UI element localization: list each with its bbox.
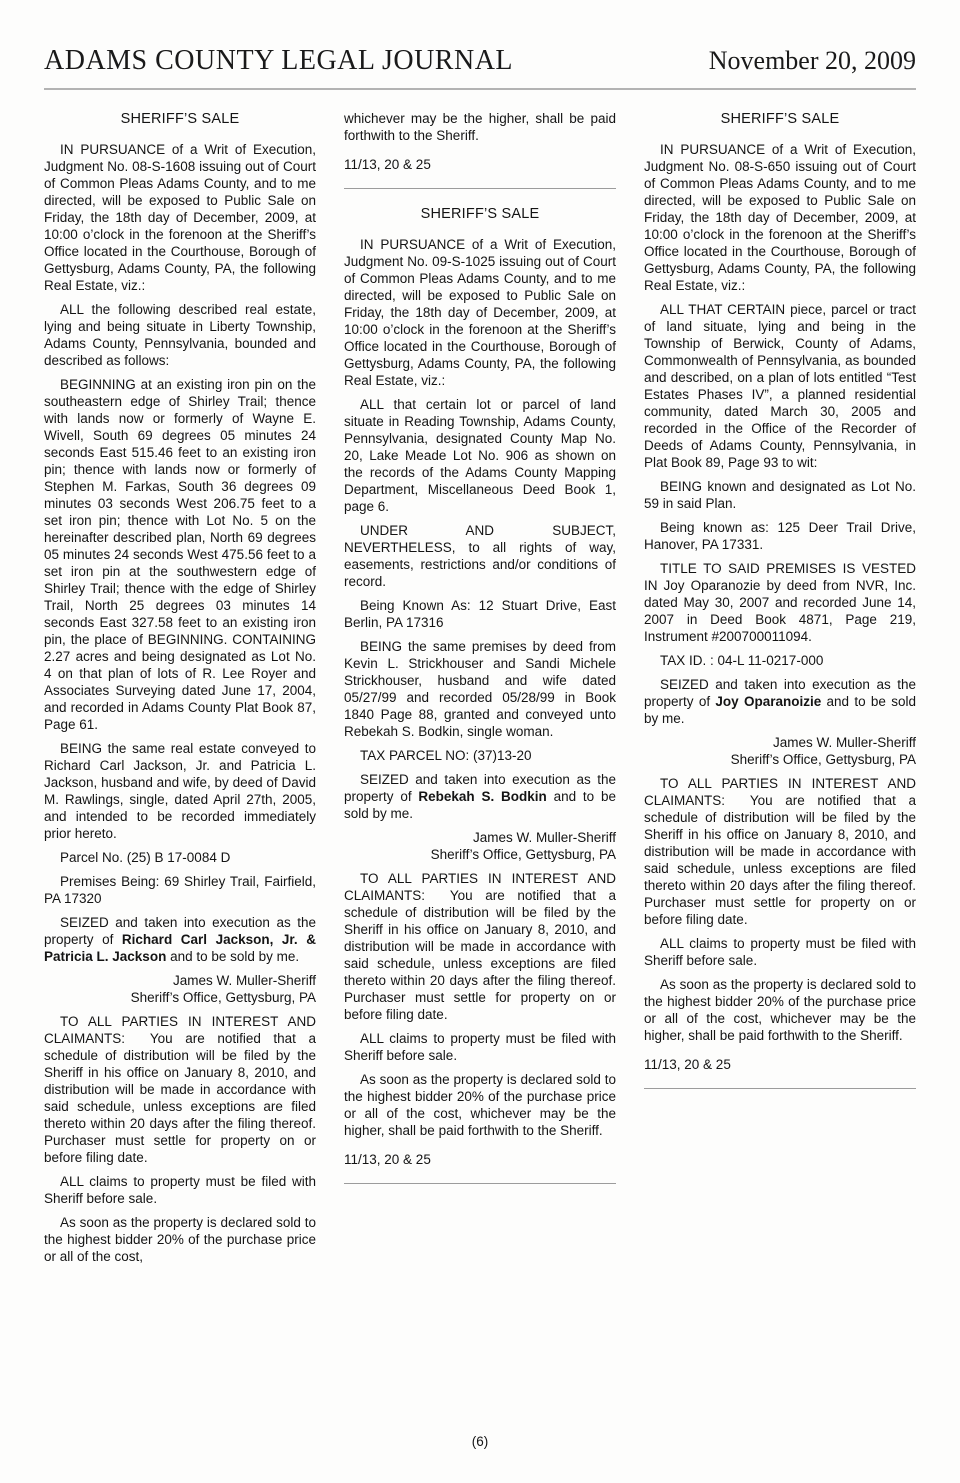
signature-block: James W. Muller-SheriffSheriff’s Office,…: [44, 972, 316, 1006]
paragraph-text: ALL claims to property must be filed wit…: [44, 1174, 316, 1206]
notice-paragraph: Premises Being: 69 Shirley Trail, Fairfi…: [44, 873, 316, 907]
paragraph-text: BEING the same premises by deed from Kev…: [344, 639, 616, 739]
notice-heading: SHERIFF’S SALE: [644, 111, 916, 128]
paragraph-text: TO ALL PARTIES IN INTEREST AND CLAIMANTS…: [344, 871, 616, 1022]
notice-paragraph: Being Known As: 12 Stuart Drive, East Be…: [344, 597, 616, 631]
paragraph-text: TAX ID. : 04-L 11-0217-000: [660, 653, 823, 668]
paragraph-text: ALL THAT CERTAIN piece, parcel or tract …: [644, 302, 916, 470]
notice-divider: [344, 188, 616, 189]
paragraph-text: UNDER AND SUBJECT, NEVERTHELESS, to all …: [344, 523, 616, 589]
paragraph-text: whichever may be the higher, shall be pa…: [344, 111, 616, 143]
defendant-name: Joy Oparanoizie: [715, 694, 821, 709]
notice-paragraph: ALL claims to property must be filed wit…: [344, 1030, 616, 1064]
notice-paragraph: ALL claims to property must be filed wit…: [44, 1173, 316, 1207]
signature-line: Sheriff’s Office, Gettysburg, PA: [44, 989, 316, 1006]
paragraph-text: ALL claims to property must be filed wit…: [344, 1031, 616, 1063]
paragraph-text: TO ALL PARTIES IN INTEREST AND CLAIMANTS…: [44, 1014, 316, 1165]
signature-line: Sheriff’s Office, Gettysburg, PA: [644, 751, 916, 768]
paragraph-text: TO ALL PARTIES IN INTEREST AND CLAIMANTS…: [644, 776, 916, 927]
paragraph-text: Being known as: 125 Deer Trail Drive, Ha…: [644, 520, 916, 552]
paragraph-text: Parcel No. (25) B 17-0084 D: [60, 850, 230, 865]
page-number: (6): [472, 1434, 489, 1449]
notice-paragraph: whichever may be the higher, shall be pa…: [344, 110, 616, 144]
signature-block: James W. Muller-SheriffSheriff’s Office,…: [644, 734, 916, 768]
page-footer: (6): [0, 1434, 960, 1449]
column-2: whichever may be the higher, shall be pa…: [344, 110, 616, 1410]
notice-paragraph: IN PURSUANCE of a Writ of Execution, Jud…: [44, 141, 316, 294]
notice-paragraph: TO ALL PARTIES IN INTEREST AND CLAIMANTS…: [344, 870, 616, 1023]
paragraph-text: IN PURSUANCE of a Writ of Execution, Jud…: [44, 142, 316, 293]
publication-dates: 11/13, 20 & 25: [344, 1151, 616, 1168]
notice-paragraph: BEGINNING at an existing iron pin on the…: [44, 376, 316, 733]
notice-paragraph: SEIZED and taken into execution as the p…: [344, 771, 616, 822]
paragraph-text: BEING the same real estate conveyed to R…: [44, 741, 316, 841]
column-3: SHERIFF’S SALEIN PURSUANCE of a Writ of …: [644, 110, 916, 1410]
paragraph-text: BEING known and designated as Lot No. 59…: [644, 479, 916, 511]
paragraph-text: TITLE TO SAID PREMISES IS VESTED IN Joy …: [644, 561, 916, 644]
notice-paragraph: SEIZED and taken into execution as the p…: [644, 676, 916, 727]
publication-dates: 11/13, 20 & 25: [644, 1056, 916, 1073]
notice-paragraph: TO ALL PARTIES IN INTEREST AND CLAIMANTS…: [44, 1013, 316, 1166]
notice-paragraph: Being known as: 125 Deer Trail Drive, Ha…: [644, 519, 916, 553]
notice-paragraph: ALL the following described real estate,…: [44, 301, 316, 369]
header-rule: [44, 88, 916, 90]
notice-paragraph: ALL THAT CERTAIN piece, parcel or tract …: [644, 301, 916, 471]
notice-paragraph: As soon as the property is declared sold…: [44, 1214, 316, 1265]
paragraph-text: TAX PARCEL NO: (37)13-20: [360, 748, 532, 763]
notice-heading: SHERIFF’S SALE: [44, 111, 316, 128]
paragraph-text: ALL that certain lot or parcel of land s…: [344, 397, 616, 514]
notice-paragraph: BEING known and designated as Lot No. 59…: [644, 478, 916, 512]
notice-divider: [344, 1183, 616, 1184]
publication-dates: 11/13, 20 & 25: [344, 156, 616, 173]
notice-paragraph: BEING the same premises by deed from Kev…: [344, 638, 616, 740]
paragraph-text: As soon as the property is declared sold…: [644, 977, 916, 1043]
issue-date: November 20, 2009: [709, 46, 916, 76]
paragraph-text: ALL the following described real estate,…: [44, 302, 316, 368]
paragraph-text: As soon as the property is declared sold…: [44, 1215, 316, 1264]
notice-paragraph: TITLE TO SAID PREMISES IS VESTED IN Joy …: [644, 560, 916, 645]
journal-title: ADAMS COUNTY LEGAL JOURNAL: [44, 45, 513, 77]
notice-paragraph: As soon as the property is declared sold…: [344, 1071, 616, 1139]
notice-paragraph: BEING the same real estate conveyed to R…: [44, 740, 316, 842]
notice-paragraph: TO ALL PARTIES IN INTEREST AND CLAIMANTS…: [644, 775, 916, 928]
notice-columns: SHERIFF’S SALEIN PURSUANCE of a Writ of …: [44, 110, 916, 1410]
signature-line: Sheriff’s Office, Gettysburg, PA: [344, 846, 616, 863]
signature-line: James W. Muller-Sheriff: [644, 734, 916, 751]
notice-paragraph: TAX PARCEL NO: (37)13-20: [344, 747, 616, 764]
paragraph-text: BEGINNING at an existing iron pin on the…: [44, 377, 316, 732]
masthead: ADAMS COUNTY LEGAL JOURNAL November 20, …: [44, 0, 916, 77]
journal-page: ADAMS COUNTY LEGAL JOURNAL November 20, …: [0, 0, 960, 1410]
notice-paragraph: ALL claims to property must be filed wit…: [644, 935, 916, 969]
defendant-name: Rebekah S. Bodkin: [418, 789, 546, 804]
paragraph-text: As soon as the property is declared sold…: [344, 1072, 616, 1138]
notice-paragraph: TAX ID. : 04-L 11-0217-000: [644, 652, 916, 669]
paragraph-text: Premises Being: 69 Shirley Trail, Fairfi…: [44, 874, 316, 906]
signature-block: James W. Muller-SheriffSheriff’s Office,…: [344, 829, 616, 863]
notice-paragraph: IN PURSUANCE of a Writ of Execution, Jud…: [344, 236, 616, 389]
paragraph-text: IN PURSUANCE of a Writ of Execution, Jud…: [644, 142, 916, 293]
paragraph-text: IN PURSUANCE of a Writ of Execution, Jud…: [344, 237, 616, 388]
paragraph-text: Being Known As: 12 Stuart Drive, East Be…: [344, 598, 616, 630]
notice-paragraph: IN PURSUANCE of a Writ of Execution, Jud…: [644, 141, 916, 294]
signature-line: James W. Muller-Sheriff: [44, 972, 316, 989]
notice-paragraph: SEIZED and taken into execution as the p…: [44, 914, 316, 965]
paragraph-text: ALL claims to property must be filed wit…: [644, 936, 916, 968]
signature-line: James W. Muller-Sheriff: [344, 829, 616, 846]
notice-divider: [644, 1088, 916, 1089]
notice-paragraph: Parcel No. (25) B 17-0084 D: [44, 849, 316, 866]
notice-paragraph: UNDER AND SUBJECT, NEVERTHELESS, to all …: [344, 522, 616, 590]
notice-paragraph: As soon as the property is declared sold…: [644, 976, 916, 1044]
column-1: SHERIFF’S SALEIN PURSUANCE of a Writ of …: [44, 110, 316, 1410]
paragraph-text: and to be sold by me.: [166, 949, 299, 964]
notice-heading: SHERIFF’S SALE: [344, 206, 616, 223]
notice-paragraph: ALL that certain lot or parcel of land s…: [344, 396, 616, 515]
